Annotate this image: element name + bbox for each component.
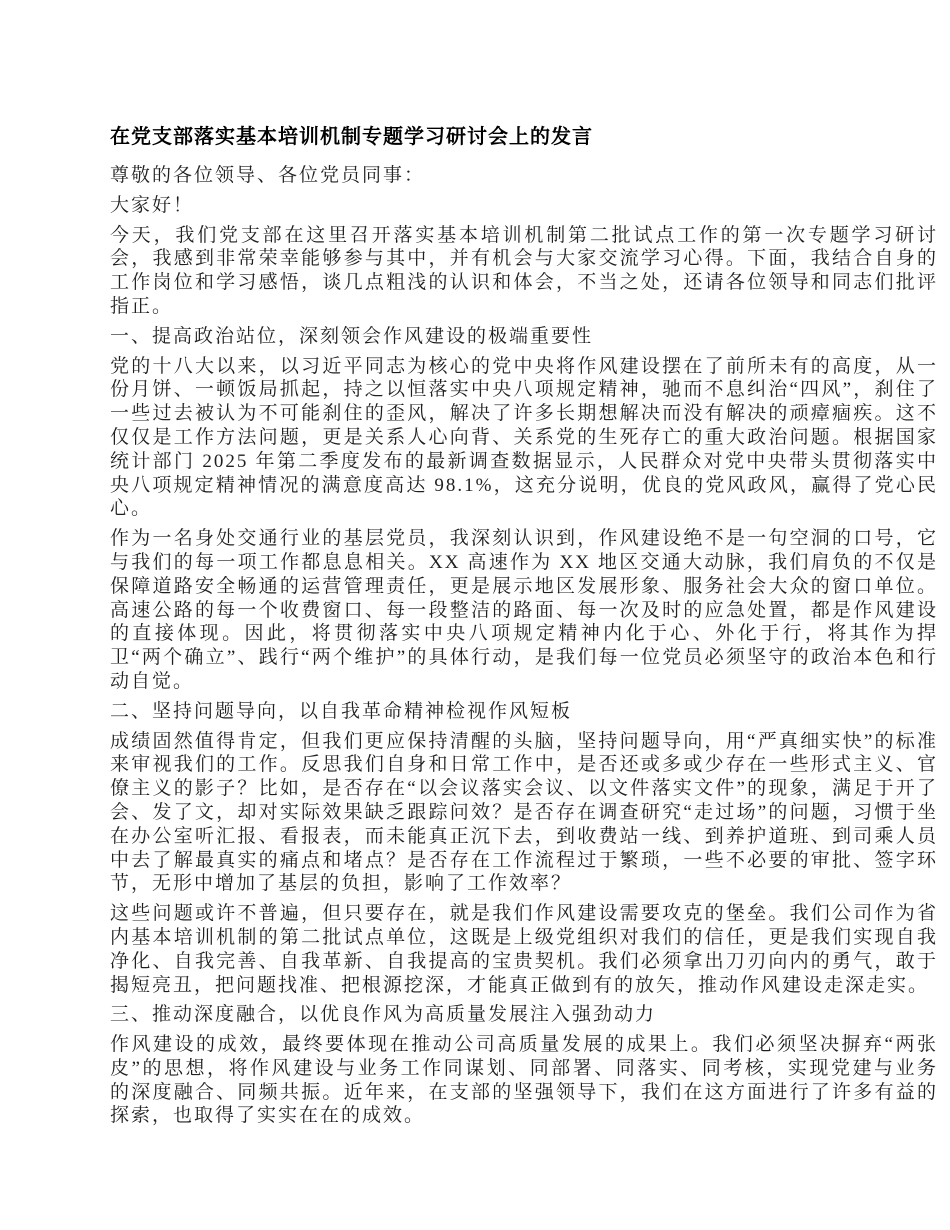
document-title: 在党支部落实基本培训机制专题学习研讨会上的发言 <box>110 124 938 150</box>
document-body: 在党支部落实基本培训机制专题学习研讨会上的发言 尊敬的各位领导、各位党员同事： … <box>110 124 938 1134</box>
paragraph: 作风建设的成效，最终要体现在推动公司高质量发展的成果上。我们必须坚决摒弃“两张皮… <box>110 1033 938 1128</box>
paragraph: 这些问题或许不普遍，但只要存在，就是我们作风建设需要攻克的堡垒。我们公司作为省内… <box>110 902 938 997</box>
paragraph: 今天，我们党支部在这里召开落实基本培训机制第二批试点工作的第一次专题学习研讨会，… <box>110 224 938 319</box>
paragraph: 成绩固然值得肯定，但我们更应保持清醒的头脑，坚持问题导向，用“严真细实快”的标准… <box>110 730 938 897</box>
salutation-line: 尊敬的各位领导、各位党员同事： <box>110 164 938 188</box>
section-heading-3: 三、推动深度融合，以优良作风为高质量发展注入强劲动力 <box>110 1003 938 1027</box>
paragraph: 作为一名身处交通行业的基层党员，我深刻认识到，作风建设绝不是一句空洞的口号，它与… <box>110 527 938 694</box>
document-page: 在党支部落实基本培训机制专题学习研讨会上的发言 尊敬的各位领导、各位党员同事： … <box>0 0 950 1230</box>
paragraph: 党的十八大以来，以习近平同志为核心的党中央将作风建设摆在了前所未有的高度，从一份… <box>110 355 938 522</box>
section-heading-1: 一、提高政治站位，深刻领会作风建设的极端重要性 <box>110 325 938 349</box>
section-heading-2: 二、坚持问题导向，以自我革命精神检视作风短板 <box>110 700 938 724</box>
greeting-line: 大家好！ <box>110 194 938 218</box>
